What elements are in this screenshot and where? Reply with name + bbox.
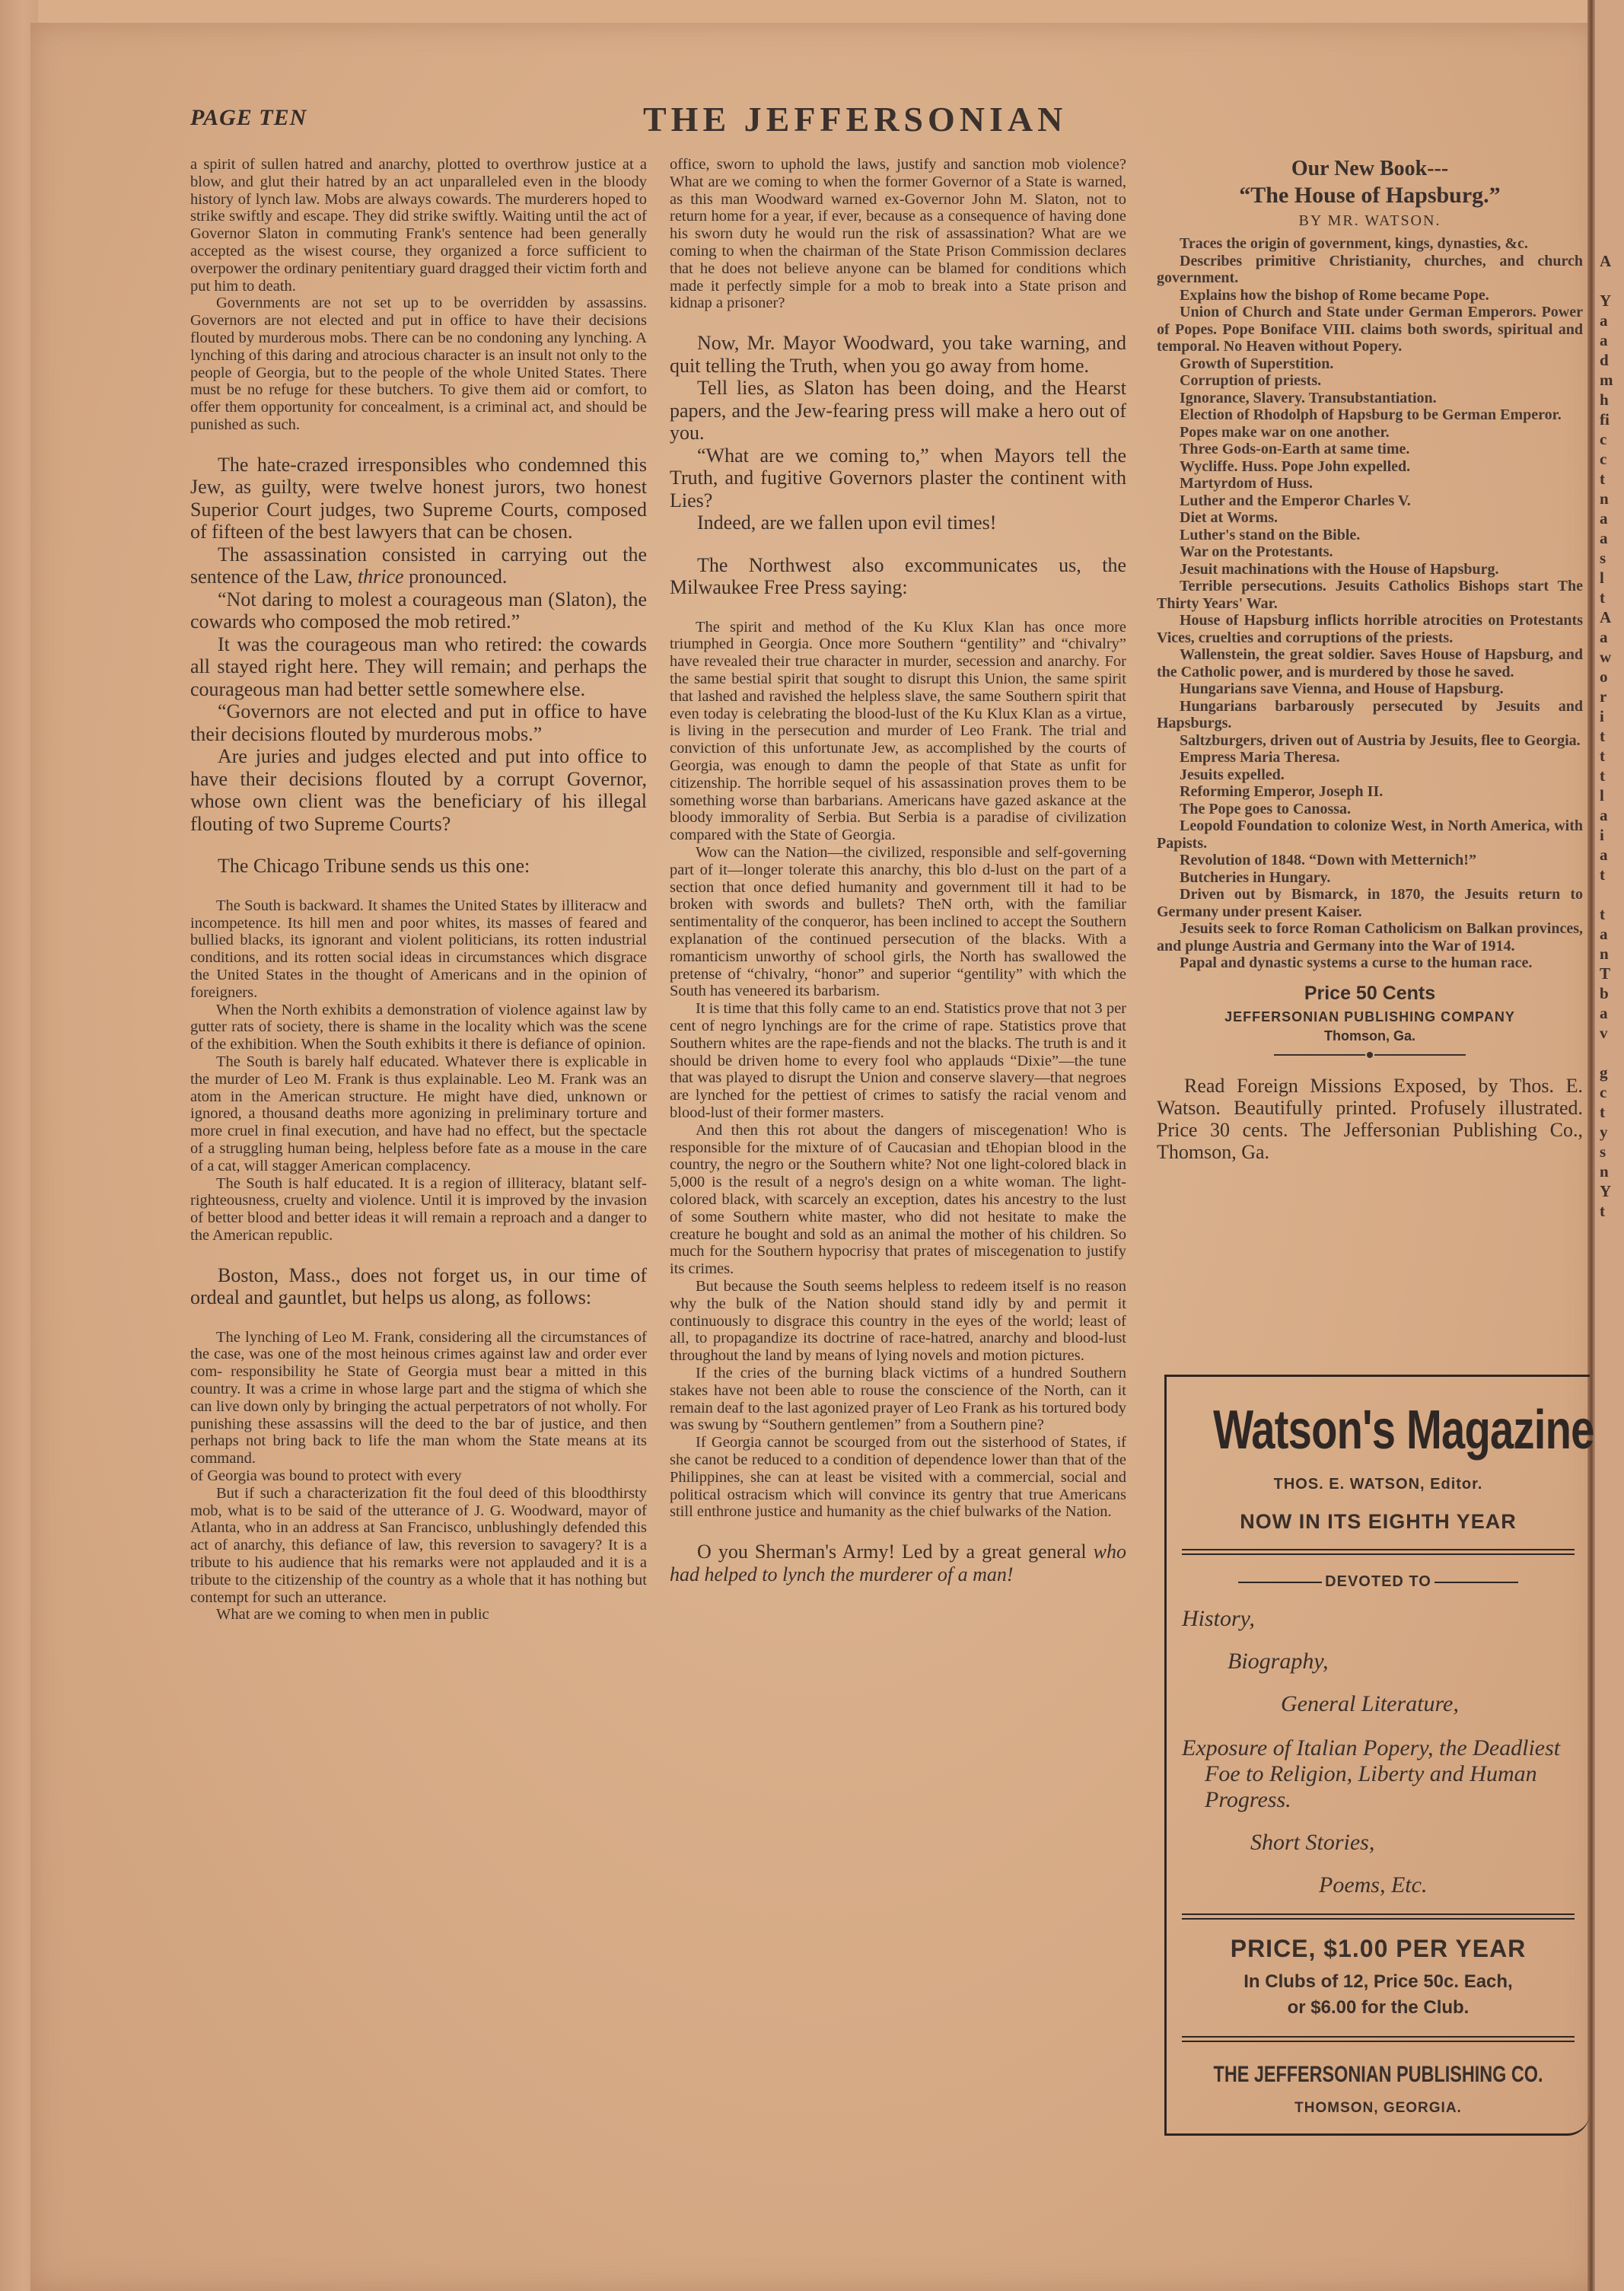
paragraph: “Not daring to molest a courageous man (…	[190, 588, 647, 633]
paragraph: And then this rot about the dangers of m…	[670, 1122, 1126, 1278]
list-item: Saltzburgers, driven out of Austria by J…	[1157, 732, 1583, 750]
topic-item: Short Stories,	[1250, 1830, 1575, 1856]
closing-remark: O you Sherman's Army! Led by a great gen…	[670, 1541, 1126, 1585]
magazine-publisher-city: THOMSON, GEORGIA.	[1167, 2100, 1590, 2117]
list-item: Driven out by Bismarck, in 1870, the Jes…	[1157, 886, 1583, 920]
list-item: Explains how the bishop of Rome became P…	[1157, 287, 1583, 304]
list-item: Reforming Emperor, Joseph II.	[1157, 783, 1583, 801]
paragraph: Wow can the Nation—the civilized, respon…	[670, 844, 1126, 1000]
paragraph: a spirit of sullen hatred and anarchy, p…	[190, 156, 647, 295]
column-3: Our New Book--- “The House of Hapsburg.”…	[1157, 156, 1583, 1163]
boston-quote: The lynching of Leo M. Frank, considerin…	[190, 1329, 647, 1624]
list-item: Wycliffe. Huss. Pope John expelled.	[1157, 458, 1583, 476]
list-item: Election of Rhodolph of Hapsburg to be G…	[1157, 406, 1583, 424]
club-price: In Clubs of 12, Price 50c. Each, or $6.0…	[1167, 1969, 1590, 2021]
paragraph: The South is half educated. It is a regi…	[190, 1175, 647, 1244]
paragraph: If Georgia cannot be scourged from out t…	[670, 1434, 1126, 1521]
list-item: The Pope goes to Canossa.	[1157, 801, 1583, 818]
editorial-text: Now, Mr. Mayor Woodward, you take warnin…	[670, 332, 1126, 599]
list-item: Popes make war on one another.	[1157, 424, 1583, 441]
column-2: office, sworn to uphold the laws, justif…	[670, 156, 1126, 1585]
paragraph: office, sworn to uphold the laws, justif…	[670, 156, 1126, 312]
page-header: PAGE TEN THE JEFFERSONIAN	[190, 99, 1583, 145]
paragraph: The spirit and method of the Ku Klux Kla…	[670, 619, 1126, 844]
publisher-city: Thomson, Ga.	[1157, 1028, 1583, 1044]
paragraph: of Georgia was bound to protect with eve…	[190, 1467, 647, 1485]
watsons-magazine-ad: Watson's Magazine THOS. E. WATSON, Edito…	[1164, 1375, 1590, 2136]
paragraph: If the cries of the burning black victim…	[670, 1365, 1126, 1434]
list-item: Corruption of priests.	[1157, 372, 1583, 390]
list-item: Jesuit machinations with the House of Ha…	[1157, 561, 1583, 578]
list-item: War on the Protestants.	[1157, 543, 1583, 561]
paragraph: The hate-crazed irresponsibles who conde…	[190, 454, 647, 543]
paragraph: Read Foreign Missions Exposed, by Thos. …	[1157, 1075, 1583, 1163]
book-publisher: JEFFERSONIAN PUBLISHING COMPANY	[1157, 1009, 1583, 1025]
chicago-tribune-quote: The South is backward. It shames the Uni…	[190, 897, 647, 1244]
book-price: Price 50 Cents	[1157, 983, 1583, 1005]
double-rule	[1182, 2036, 1575, 2042]
boston-quote-continued: office, sworn to uphold the laws, justif…	[670, 156, 1126, 312]
paragraph: Are juries and judges elected and put in…	[190, 745, 647, 835]
list-item: Jesuits seek to force Roman Catholicism …	[1157, 920, 1583, 954]
topic-item: Biography,	[1228, 1649, 1575, 1674]
paragraph: When the North exhibits a demonstration …	[190, 1002, 647, 1053]
list-item: Hungarians barbarously persecuted by Jes…	[1157, 698, 1583, 732]
magazine-price: PRICE, $1.00 PER YEAR	[1167, 1935, 1590, 1963]
paragraph: The South is backward. It shames the Uni…	[190, 897, 647, 1002]
section-intro: The Chicago Tribune sends us this one:	[190, 855, 647, 878]
list-item: Hungarians save Vienna, and House of Hap…	[1157, 680, 1583, 698]
list-item: House of Hapsburg inflicts horrible atro…	[1157, 612, 1583, 646]
list-item: Leopold Foundation to colonize West, in …	[1157, 817, 1583, 852]
paragraph: The lynching of Leo M. Frank, considerin…	[190, 1329, 647, 1467]
paragraph: O you Sherman's Army! Led by a great gen…	[670, 1541, 1126, 1585]
paragraph: The assassination consisted in carrying …	[190, 543, 647, 588]
paragraph: But if such a characterization fit the f…	[190, 1485, 647, 1607]
book-byline: BY MR. WATSON.	[1157, 209, 1583, 232]
paragraph: “What are we coming to,” when Mayors tel…	[670, 444, 1126, 512]
book-contents-list: Traces the origin of government, kings, …	[1157, 235, 1583, 972]
paragraph: Now, Mr. Mayor Woodward, you take warnin…	[670, 332, 1126, 377]
section-intro: The Northwest also excommunicates us, th…	[670, 554, 1126, 599]
ornament-divider	[1157, 1052, 1583, 1058]
column-1: a spirit of sullen hatred and anarchy, p…	[190, 156, 647, 1623]
masthead: THE JEFFERSONIAN	[643, 99, 1067, 139]
book-title: “The House of Hapsburg.”	[1157, 182, 1583, 209]
adjacent-page-strip: A Y a a d m h fi c c t n a a s l t A a w…	[1595, 0, 1624, 2291]
list-item: Martyrdom of Huss.	[1157, 475, 1583, 492]
topic-item: History,	[1182, 1606, 1575, 1632]
list-item: Butcheries in Hungary.	[1157, 869, 1583, 887]
list-item: Terrible persecutions. Jesuits Catholics…	[1157, 578, 1583, 612]
paragraph: Tell lies, as Slaton has been doing, and…	[670, 377, 1126, 444]
list-item: Luther and the Emperor Charles V.	[1157, 492, 1583, 510]
book-ad-heading: Our New Book---	[1157, 156, 1583, 182]
double-rule	[1182, 1913, 1575, 1920]
list-item: Papal and dynastic systems a curse to th…	[1157, 954, 1583, 972]
devoted-to-heading: DEVOTED TO	[1167, 1573, 1590, 1591]
list-item: Ignorance, Slavery. Transubstantiation.	[1157, 390, 1583, 407]
adjacent-page-fragment: A Y a a d m h fi c c t n a a s l t A a w…	[1595, 0, 1624, 1221]
list-item: Jesuits expelled.	[1157, 766, 1583, 784]
topic-item: General Literature,	[1281, 1691, 1575, 1717]
editorial-text: Boston, Mass., does not forget us, in ou…	[190, 1264, 647, 1309]
double-rule	[1182, 1549, 1575, 1555]
list-item: Empress Maria Theresa.	[1157, 749, 1583, 766]
paragraph: “Governors are not elected and put in of…	[190, 700, 647, 745]
list-item: Diet at Worms.	[1157, 509, 1583, 527]
list-item: Union of Church and State under German E…	[1157, 304, 1583, 355]
paragraph: Indeed, are we fallen upon evil times!	[670, 511, 1126, 534]
magazine-editor: THOS. E. WATSON, Editor.	[1167, 1476, 1590, 1493]
emphasis: thrice	[358, 566, 404, 588]
magazine-topics: History, Biography, General Literature, …	[1167, 1591, 1590, 1898]
paragraph: It is time that this folly came to an en…	[670, 1000, 1126, 1122]
editorial-text: The hate-crazed irresponsibles who conde…	[190, 454, 647, 878]
paragraph: The South is barely half educated. Whate…	[190, 1053, 647, 1175]
paragraph: But because the South seems helpless to …	[670, 1278, 1126, 1365]
paragraph: Governments are not set up to be overrid…	[190, 295, 647, 433]
paragraph: What are we coming to when men in public	[190, 1606, 647, 1623]
list-item: Growth of Superstition.	[1157, 355, 1583, 373]
page-number: PAGE TEN	[190, 105, 307, 131]
section-intro: Boston, Mass., does not forget us, in ou…	[190, 1264, 647, 1309]
list-item: Wallenstein, the great soldier. Saves Ho…	[1157, 646, 1583, 680]
paragraph: It was the courageous man who retired: t…	[190, 633, 647, 701]
topic-item: Poems, Etc.	[1319, 1872, 1575, 1898]
list-item: Three Gods-on-Earth at same time.	[1157, 441, 1583, 458]
topic-item: Exposure of Italian Popery, the Deadlies…	[1182, 1735, 1575, 1813]
list-item: Describes primitive Christianity, church…	[1157, 253, 1583, 287]
list-item: Luther's stand on the Bible.	[1157, 527, 1583, 544]
list-item: Traces the origin of government, kings, …	[1157, 235, 1583, 253]
magazine-year: NOW IN ITS EIGHTH YEAR	[1167, 1510, 1590, 1534]
magazine-publisher: THE JEFFERSONIAN PUBLISHING CO.	[1213, 2062, 1543, 2088]
quoted-article-1: a spirit of sullen hatred and anarchy, p…	[190, 156, 647, 434]
list-item: Revolution of 1848. “Down with Metternic…	[1157, 852, 1583, 869]
magazine-title: Watson's Magazine	[1213, 1400, 1543, 1461]
milwaukee-free-press-quote: The spirit and method of the Ku Klux Kla…	[670, 619, 1126, 1521]
foreign-missions-notice: Read Foreign Missions Exposed, by Thos. …	[1157, 1075, 1583, 1163]
